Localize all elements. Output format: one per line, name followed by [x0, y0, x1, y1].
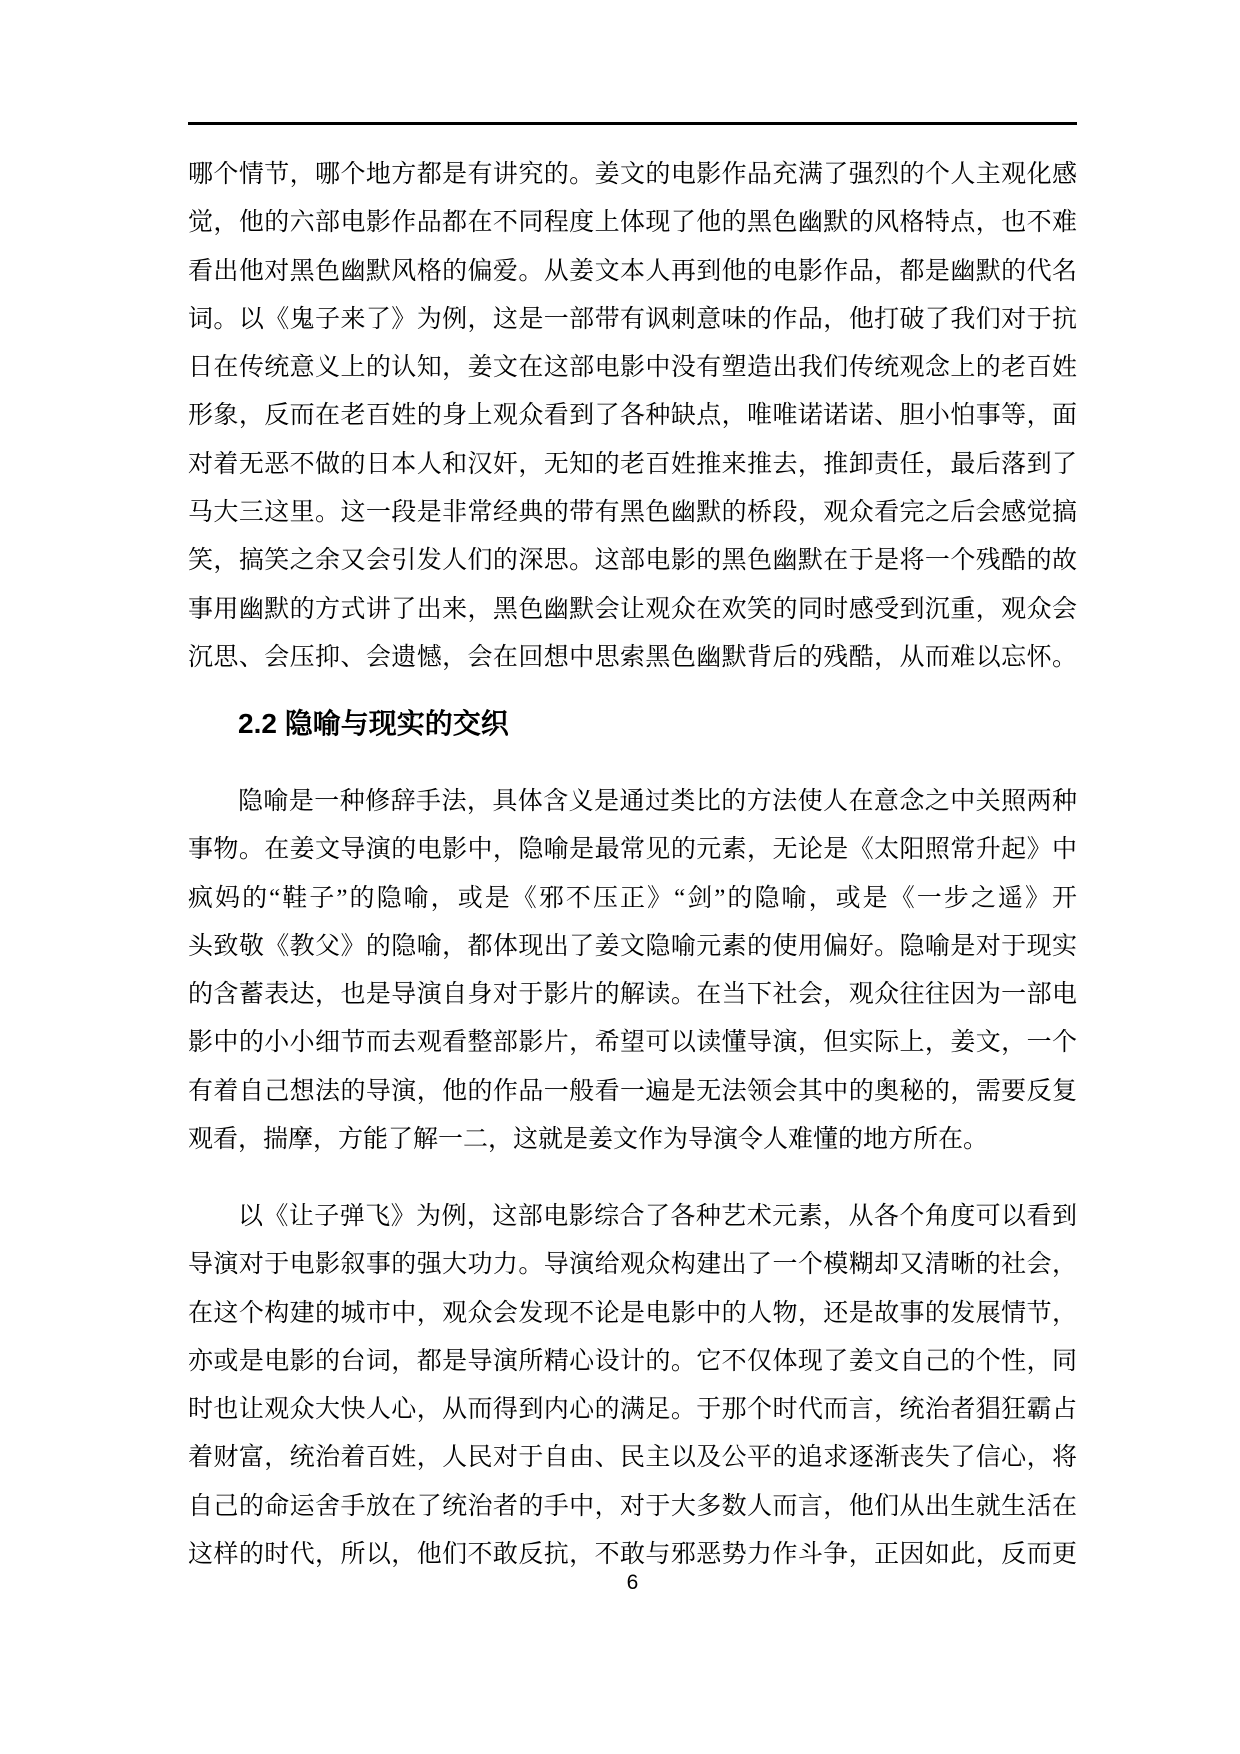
text-line: 事物。在姜文导演的电影中，隐喻是最常见的元素，无论是《太阳照常升起》中	[188, 826, 1077, 874]
text-line: 时也让观众大快人心，从而得到内心的满足。于那个时代而言，统治者猖狂霸占	[188, 1386, 1077, 1434]
paragraph-black-humor-continuation: 哪个情节，哪个地方都是有讲究的。姜文的电影作品充满了强烈的个人主观化感觉，他的六…	[188, 151, 1077, 682]
document-page: 哪个情节，哪个地方都是有讲究的。姜文的电影作品充满了强烈的个人主观化感觉，他的六…	[0, 0, 1240, 1754]
text-line: 以《让子弹飞》为例，这部电影综合了各种艺术元素，从各个角度可以看到	[188, 1193, 1077, 1241]
text-line: 头致敬《教父》的隐喻，都体现出了姜文隐喻元素的使用偏好。隐喻是对于现实	[188, 923, 1077, 971]
text-line: 观看，揣摩，方能了解一二，这就是姜文作为导演令人难懂的地方所在。	[188, 1116, 1077, 1164]
text-line: 疯妈的“鞋子”的隐喻，或是《邪不压正》“剑”的隐喻，或是《一步之遥》开	[188, 875, 1077, 923]
text-line: 影中的小小细节而去观看整部影片，希望可以读懂导演，但实际上，姜文，一个	[188, 1019, 1077, 1067]
text-line: 的含蓄表达，也是导演自身对于影片的解读。在当下社会，观众往往因为一部电	[188, 971, 1077, 1019]
text-line: 词。以《鬼子来了》为例，这是一部带有讽刺意味的作品，他打破了我们对于抗	[188, 296, 1077, 344]
text-line: 形象，反而在老百姓的身上观众看到了各种缺点，唯唯诺诺诺、胆小怕事等，面	[188, 392, 1077, 440]
text-line: 事用幽默的方式讲了出来，黑色幽默会让观众在欢笑的同时感受到沉重，观众会	[188, 586, 1077, 634]
text-line: 有着自己想法的导演，他的作品一般看一遍是无法领会其中的奥秘的，需要反复	[188, 1068, 1077, 1116]
text-line: 马大三这里。这一段是非常经典的带有黑色幽默的桥段，观众看完之后会感觉搞	[188, 489, 1077, 537]
text-line: 对着无恶不做的日本人和汉奸，无知的老百姓推来推去，推卸责任，最后落到了	[188, 441, 1077, 489]
text-line: 导演对于电影叙事的强大功力。导演给观众构建出了一个模糊却又清晰的社会，	[188, 1241, 1077, 1289]
paragraph-let-the-bullets-fly: 以《让子弹飞》为例，这部电影综合了各种艺术元素，从各个角度可以看到导演对于电影叙…	[188, 1193, 1077, 1579]
text-line: 觉，他的六部电影作品都在不同程度上体现了他的黑色幽默的风格特点，也不难	[188, 199, 1077, 247]
text-line: 笑，搞笑之余又会引发人们的深思。这部电影的黑色幽默在于是将一个残酷的故	[188, 537, 1077, 585]
header-rule	[188, 122, 1077, 125]
section-heading-2-2: 2.2 隐喻与现实的交织	[188, 703, 1077, 745]
page-number: 6	[188, 1569, 1077, 1597]
text-line: 沉思、会压抑、会遗憾，会在回想中思索黑色幽默背后的残酷，从而难以忘怀。	[188, 634, 1077, 682]
text-line: 着财富，统治着百姓，人民对于自由、民主以及公平的追求逐渐丧失了信心，将	[188, 1434, 1077, 1482]
text-line: 看出他对黑色幽默风格的偏爱。从姜文本人再到他的电影作品，都是幽默的代名	[188, 248, 1077, 296]
text-line: 日在传统意义上的认知，姜文在这部电影中没有塑造出我们传统观念上的老百姓	[188, 344, 1077, 392]
text-line: 哪个情节，哪个地方都是有讲究的。姜文的电影作品充满了强烈的个人主观化感	[188, 151, 1077, 199]
text-line: 亦或是电影的台词，都是导演所精心设计的。它不仅体现了姜文自己的个性，同	[188, 1338, 1077, 1386]
text-line: 在这个构建的城市中，观众会发现不论是电影中的人物，还是故事的发展情节，	[188, 1290, 1077, 1338]
paragraph-metaphor-definition: 隐喻是一种修辞手法，具体含义是通过类比的方法使人在意念之中关照两种事物。在姜文导…	[188, 778, 1077, 1164]
text-line: 隐喻是一种修辞手法，具体含义是通过类比的方法使人在意念之中关照两种	[188, 778, 1077, 826]
text-line: 自己的命运舍手放在了统治者的手中，对于大多数人而言，他们从出生就生活在	[188, 1483, 1077, 1531]
